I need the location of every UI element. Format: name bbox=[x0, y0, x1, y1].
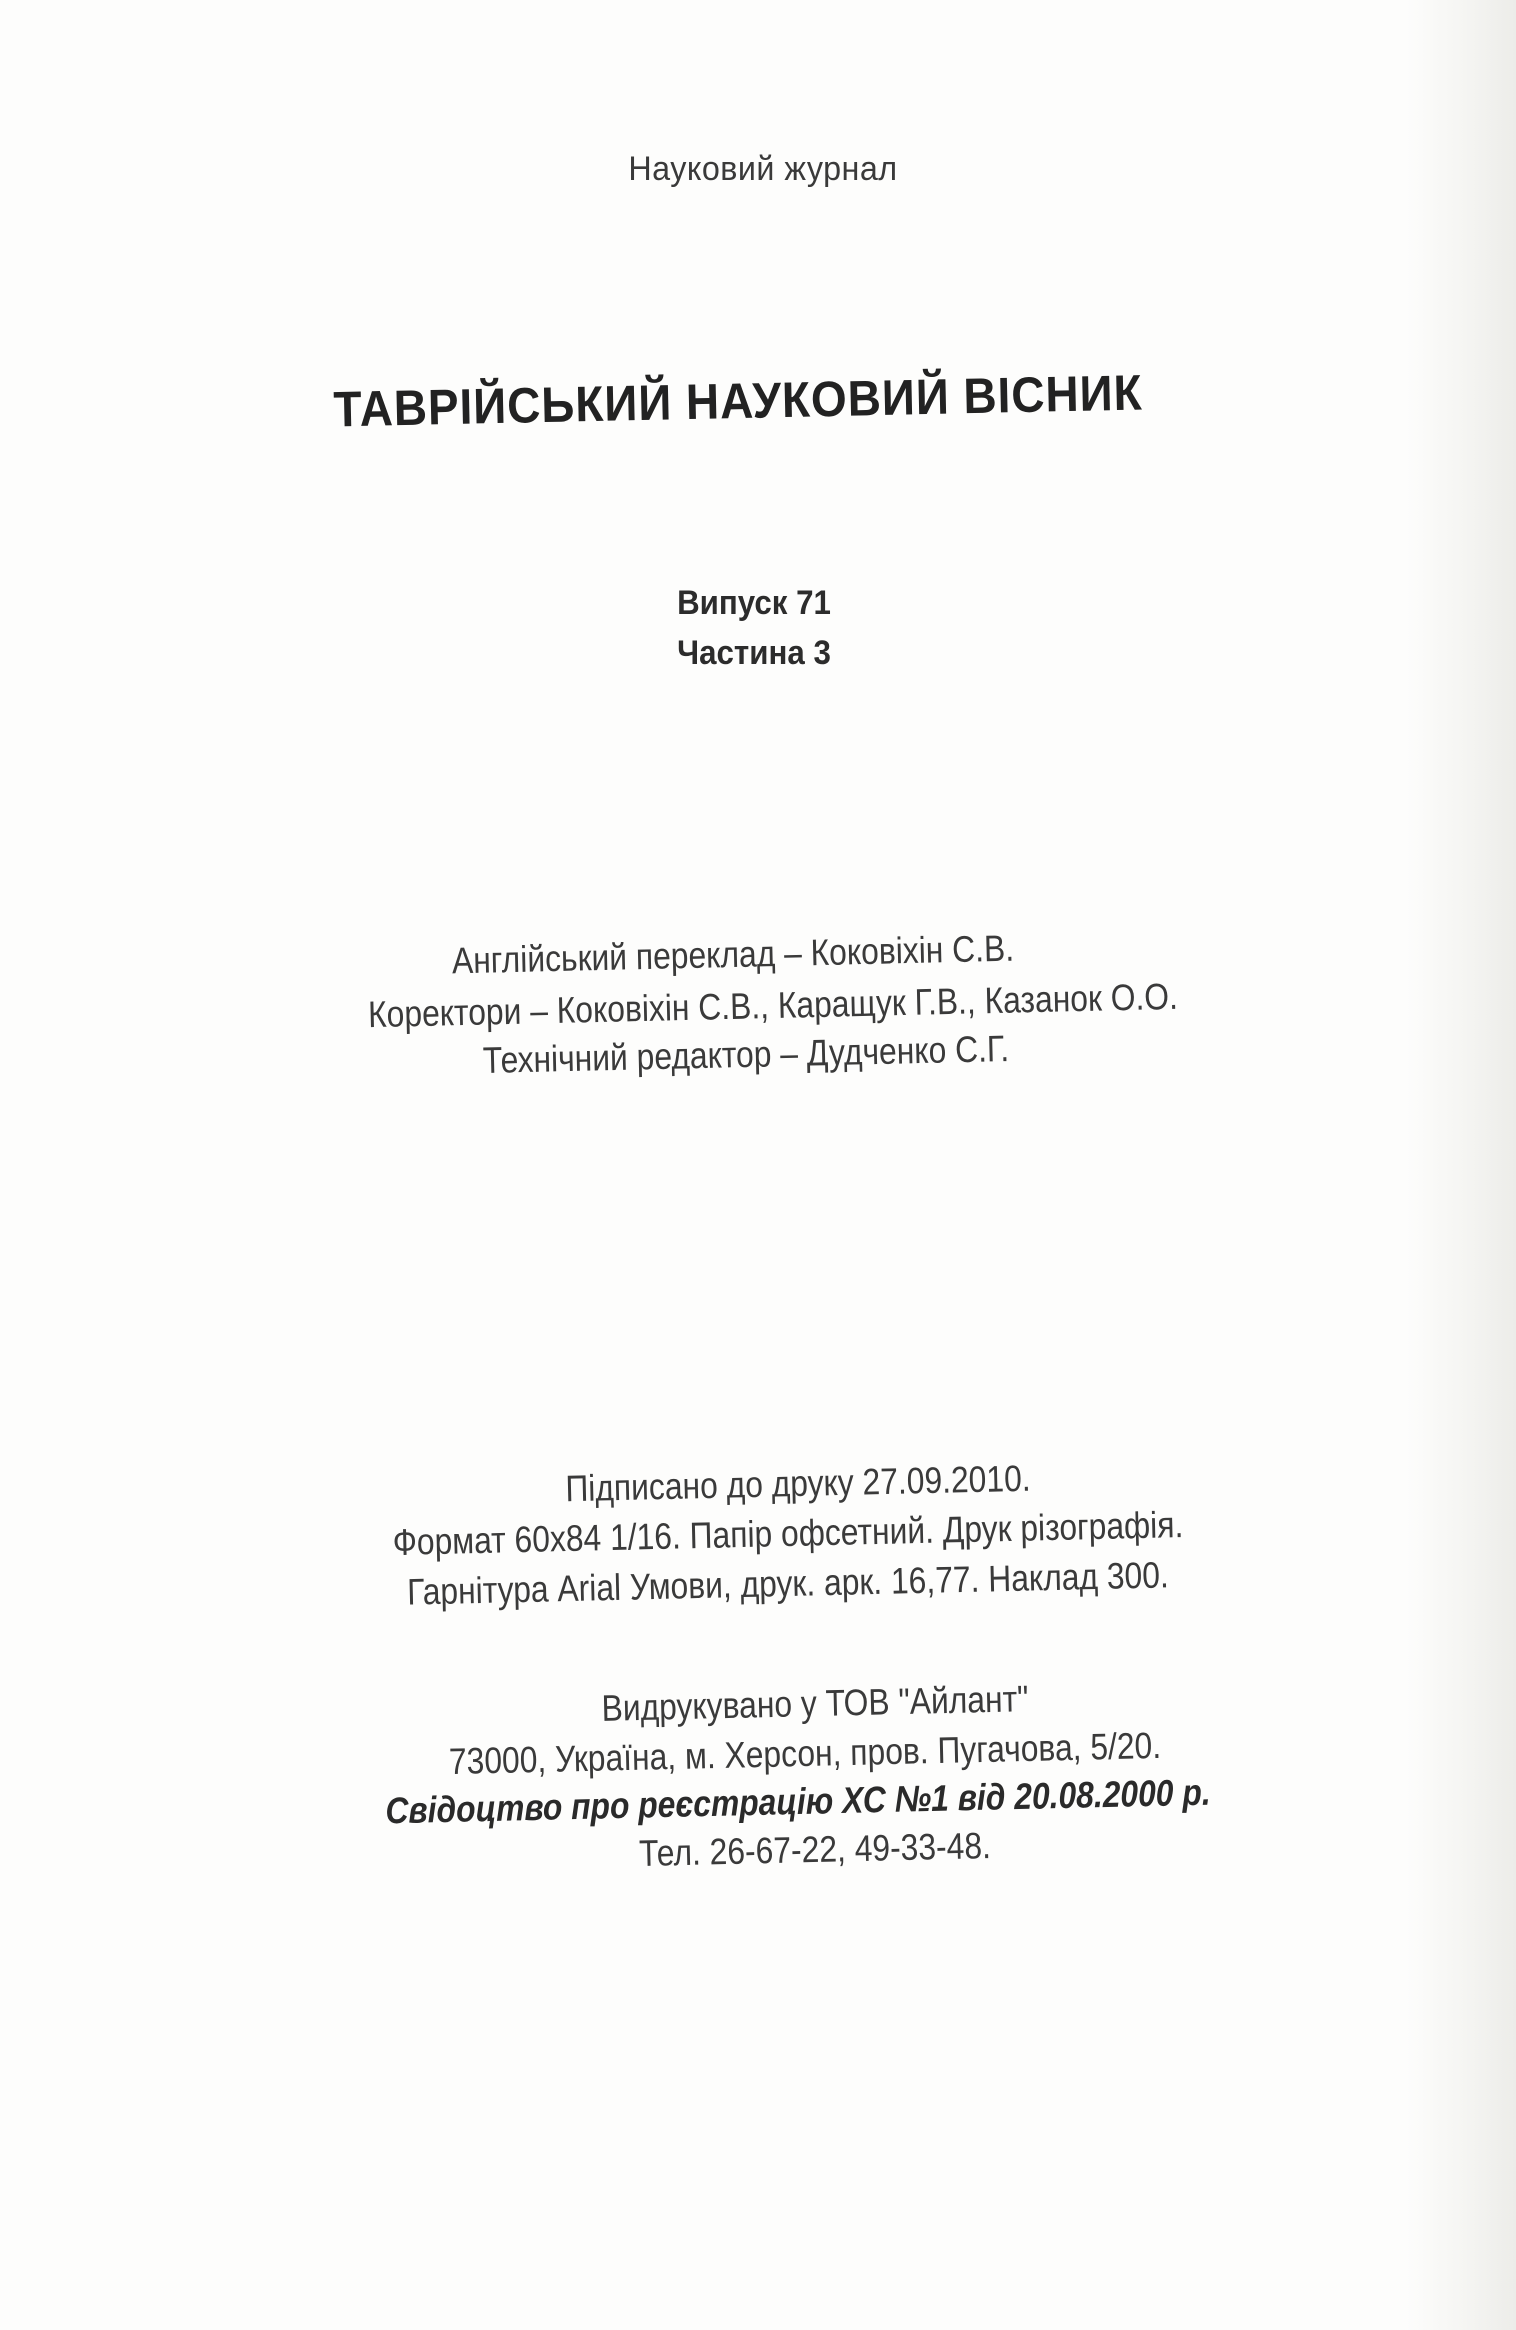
journal-title: ТАВРІЙСЬКИЙ НАУКОВИЙ ВІСНИК bbox=[40, 357, 1436, 444]
part-number: Частина 3 bbox=[57, 634, 1452, 673]
page-edge-bleed-through bbox=[1406, 0, 1516, 2330]
document-page: Науковий журнал ТАВРІЙСЬКИЙ НАУКОВИЙ ВІС… bbox=[0, 0, 1516, 2330]
journal-type: Науковий журнал bbox=[43, 150, 1483, 189]
issue-number: Випуск 71 bbox=[57, 584, 1452, 623]
